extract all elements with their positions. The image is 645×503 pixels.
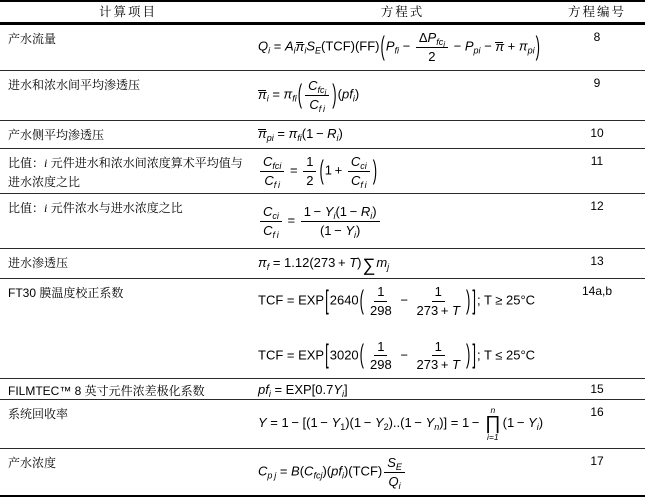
equation-cell: Qi = AiπiSE(TCF)(FF)(Pfi − ΔPfci2 − Ppi …: [256, 25, 549, 70]
equation-formula: pfi = EXP[0.7Yi]: [258, 383, 348, 397]
equation-cell: CfciCf i = 12(1 + CciCf i): [256, 149, 549, 193]
equation-number: 10: [549, 121, 645, 148]
equation-number: 14a,b: [549, 279, 645, 378]
equation-cell: Y = 1 − [(1 − Y1)(1 − Y2)..(1 − Yn)] = 1…: [256, 400, 549, 448]
equation-formula: πf = 1.12(273 + T)∑mj: [258, 256, 389, 270]
table-row-eq12: 比值：i 元件浓水与进水浓度之比 CciCf i = 1 − Yi(1 − Ri…: [0, 194, 645, 249]
equation-cell: πi = πfi(CfciCf i)(pfi): [256, 71, 549, 120]
equation-formula: πpi = πfi(1 − Ri): [258, 127, 343, 141]
column-header-equation: 方程式: [256, 2, 549, 22]
table-header-row: 计算项目 方程式 方程编号: [0, 2, 645, 25]
equation-formula: Y = 1 − [(1 − Y1)(1 − Y2)..(1 − Yn)] = 1…: [258, 406, 543, 441]
equation-cell: πpi = πfi(1 − Ri): [256, 121, 549, 148]
item-label: 系统回收率: [0, 400, 256, 448]
document-page: 计算项目 方程式 方程编号 产水流量 Qi = AiπiSE(TCF)(FF)(…: [0, 0, 645, 503]
equation-formula-14b: TCF = EXP[3020(1298 − 1273 + T)]; T ≤ 25…: [258, 339, 535, 373]
item-label: 产水浓度: [0, 449, 256, 495]
table-row-eq10: 产水侧平均渗透压 πpi = πfi(1 − Ri) 10: [0, 121, 645, 149]
equation-cell: TCF = EXP[2640(1298 − 1273 + T)]; T ≥ 25…: [256, 279, 549, 378]
column-header-item: 计算项目: [0, 2, 256, 22]
equation-cell: πf = 1.12(273 + T)∑mj: [256, 249, 549, 278]
item-label: FILMTEC™ 8 英寸元件浓差极化系数: [0, 379, 256, 401]
equation-cell: CciCf i = 1 − Yi(1 − Ri)(1 − Yi): [256, 194, 549, 248]
equation-formula: CfciCf i = 12(1 + CciCf i): [258, 154, 378, 188]
item-label: 产水流量: [0, 25, 256, 70]
equation-formula: CciCf i = 1 − Yi(1 − Ri)(1 − Yi): [258, 204, 382, 238]
item-label: FT30 膜温度校正系数: [0, 279, 256, 378]
column-header-number: 方程编号: [549, 2, 645, 22]
table-row-eq9: 进水和浓水间平均渗透压 πi = πfi(CfciCf i)(pfi) 9: [0, 71, 645, 121]
equation-formula-14a: TCF = EXP[2640(1298 − 1273 + T)]; T ≥ 25…: [258, 284, 535, 318]
item-label: 产水侧平均渗透压: [0, 121, 256, 148]
table-row-eq15: FILMTEC™ 8 英寸元件浓差极化系数 pfi = EXP[0.7Yi] 1…: [0, 379, 645, 400]
item-label: 比值：i 元件进水和浓水间浓度算术平均值与进水浓度之比: [0, 149, 256, 193]
table-row-eq11: 比值：i 元件进水和浓水间浓度算术平均值与进水浓度之比 CfciCf i = 1…: [0, 149, 645, 194]
equation-formula: Cp j = B(Cfcj)(pfi)(TCF)SEQi: [258, 455, 407, 489]
item-label: 进水和浓水间平均渗透压: [0, 71, 256, 120]
equation-number: 16: [549, 400, 645, 448]
equation-number: 15: [549, 379, 645, 401]
equation-number: 11: [549, 149, 645, 193]
equation-formula: πi = πfi(CfciCf i)(pfi): [258, 78, 359, 112]
table-row-eq8: 产水流量 Qi = AiπiSE(TCF)(FF)(Pfi − ΔPfci2 −…: [0, 25, 645, 71]
table-row-eq14: FT30 膜温度校正系数 TCF = EXP[2640(1298 − 1273 …: [0, 279, 645, 379]
equation-cell: pfi = EXP[0.7Yi]: [256, 379, 549, 401]
item-label: 比值：i 元件浓水与进水浓度之比: [0, 194, 256, 248]
table-row-eq17: 产水浓度 Cp j = B(Cfcj)(pfi)(TCF)SEQi 17: [0, 449, 645, 497]
equation-number: 12: [549, 194, 645, 248]
equation-number: 17: [549, 449, 645, 495]
equations-table: 计算项目 方程式 方程编号 产水流量 Qi = AiπiSE(TCF)(FF)(…: [0, 0, 645, 497]
table-row-eq16: 系统回收率 Y = 1 − [(1 − Y1)(1 − Y2)..(1 − Yn…: [0, 400, 645, 449]
equation-number: 9: [549, 71, 645, 120]
equation-cell: Cp j = B(Cfcj)(pfi)(TCF)SEQi: [256, 449, 549, 495]
item-label: 进水渗透压: [0, 249, 256, 278]
table-row-eq13: 进水渗透压 πf = 1.12(273 + T)∑mj 13: [0, 249, 645, 279]
equation-formula: Qi = AiπiSE(TCF)(FF)(Pfi − ΔPfci2 − Ppi …: [258, 30, 541, 64]
equation-number: 8: [549, 25, 645, 70]
equation-number: 13: [549, 249, 645, 278]
